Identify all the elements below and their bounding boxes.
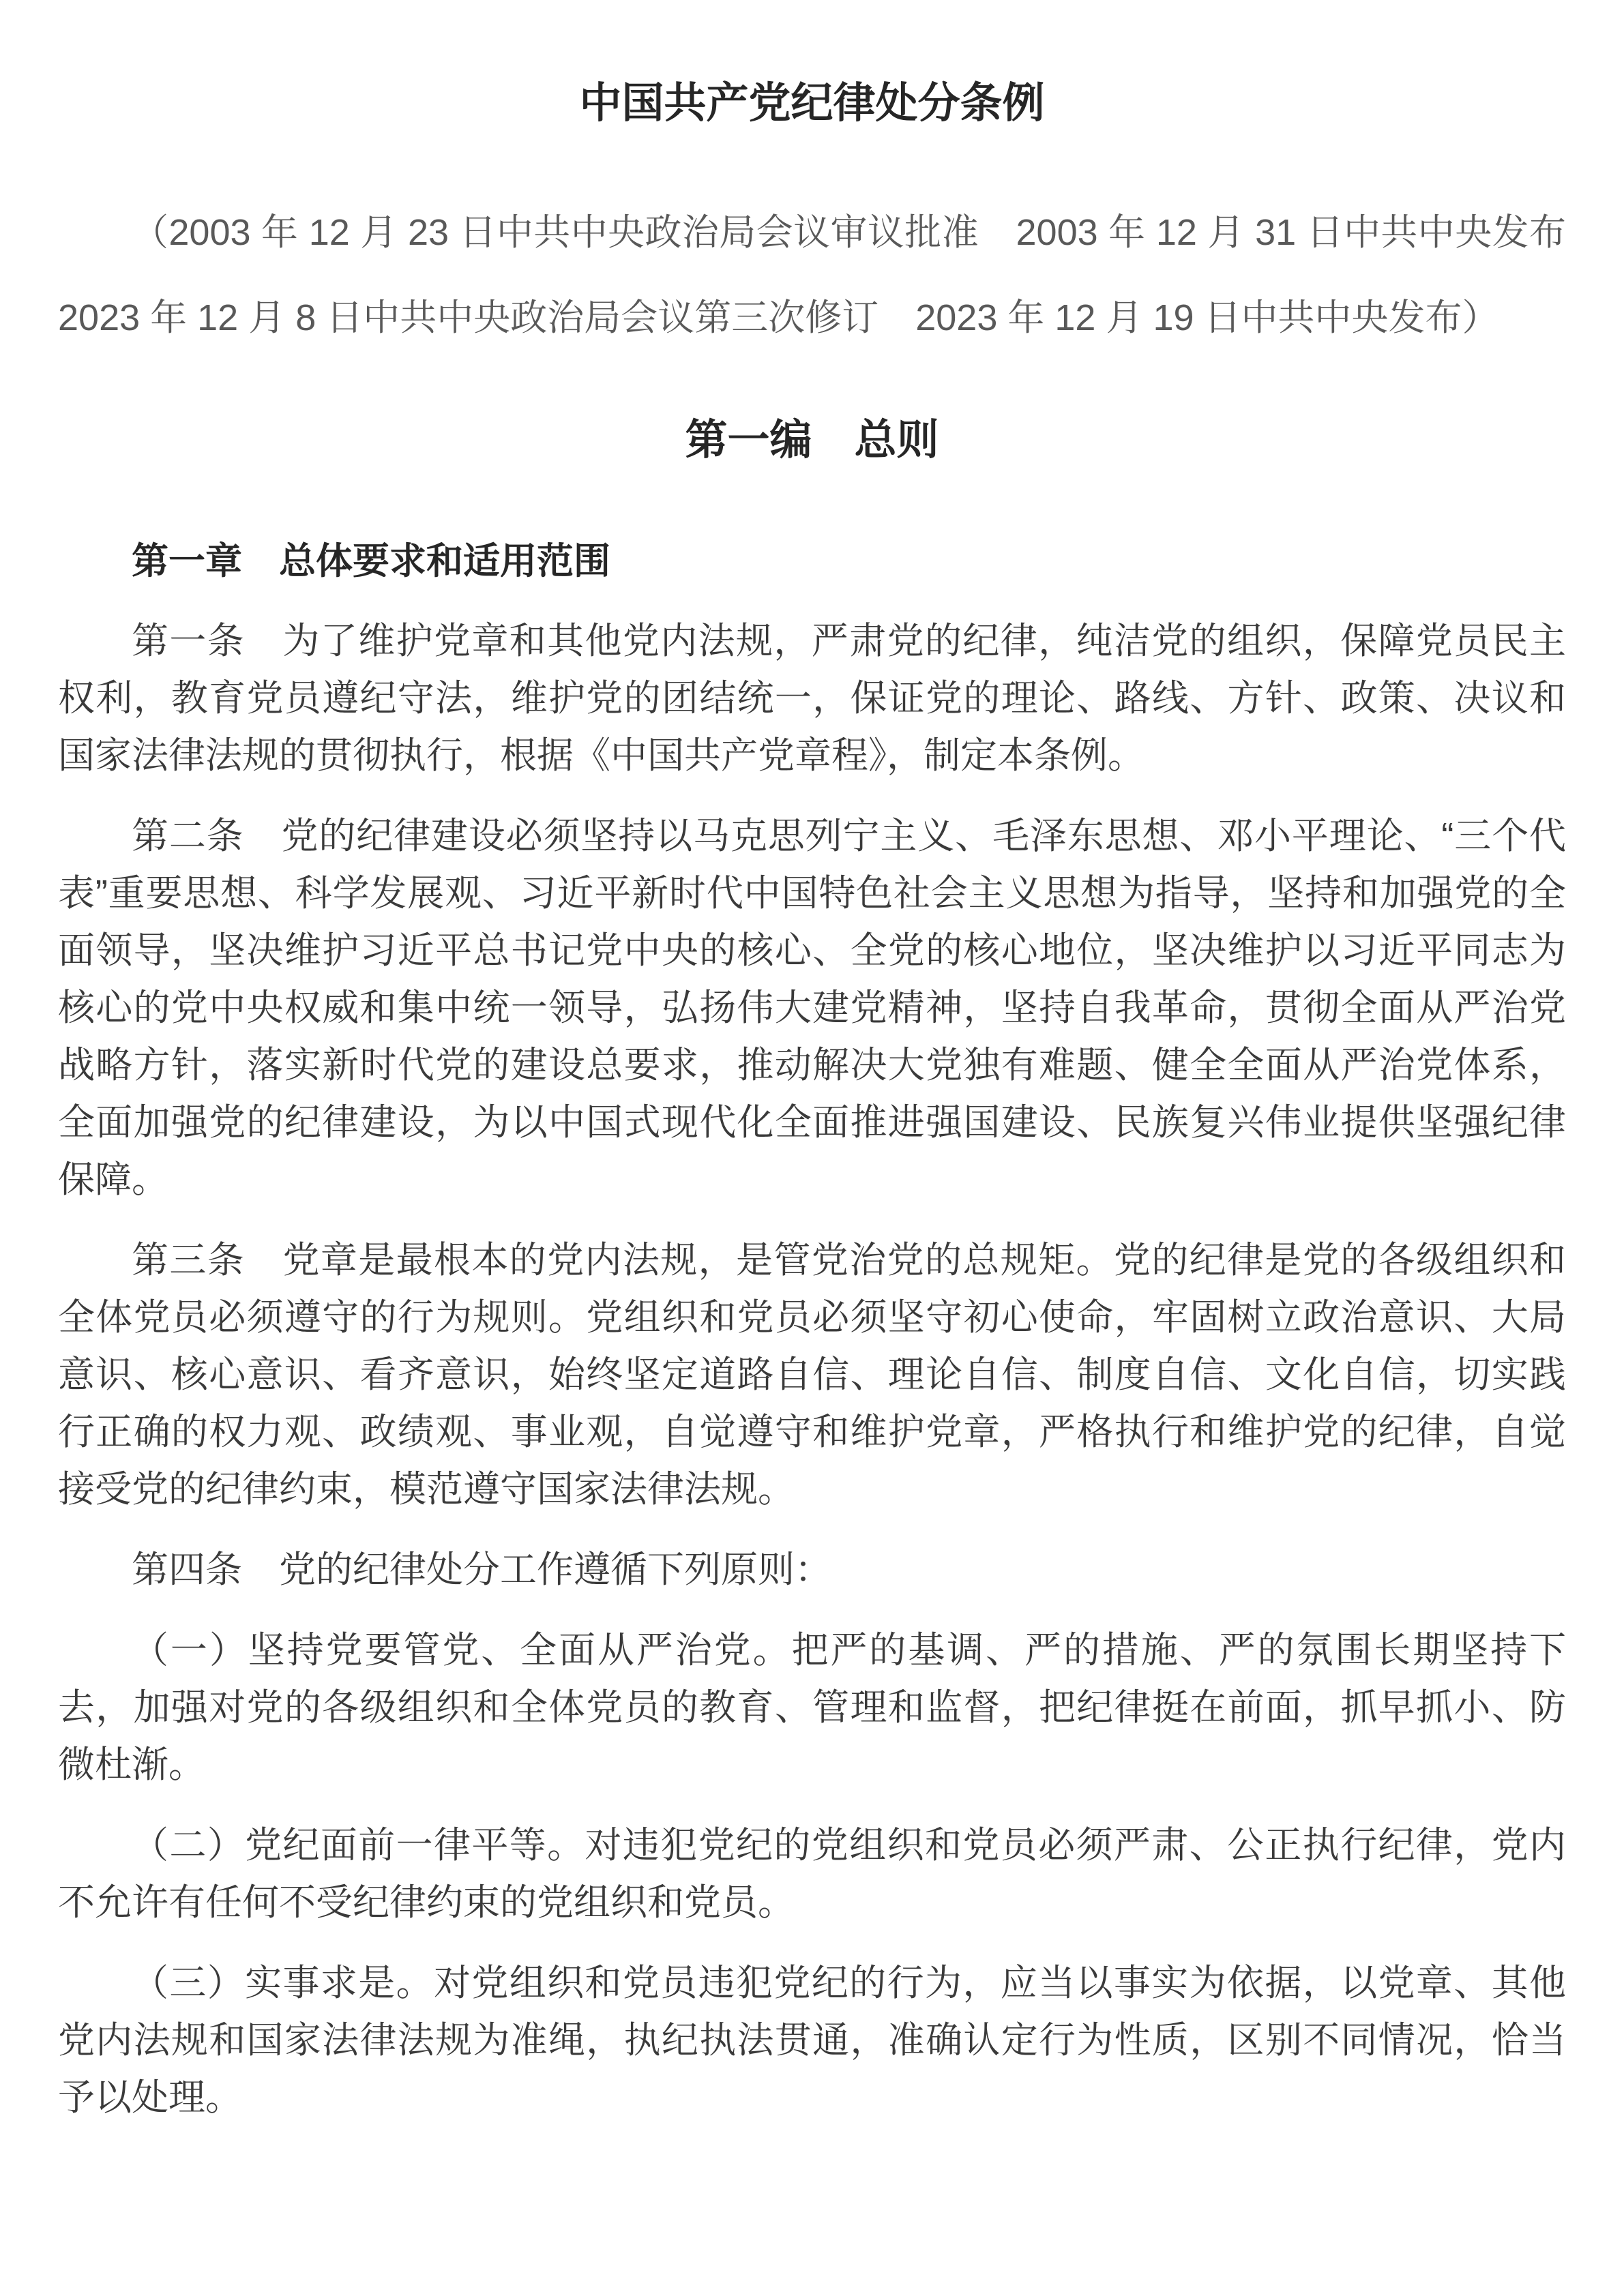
article-1-paragraph: 第一条 为了维护党章和其他党内法规，严肃党的纪律，纯洁党的组织，保障党员民主权利… <box>58 612 1566 784</box>
principle-2-paragraph: （二）党纪面前一律平等。对违犯党纪的党组织和党员必须严肃、公正执行纪律，党内不允… <box>58 1817 1566 1931</box>
chapter-heading: 第一章 总体要求和适用范围 <box>58 537 1566 585</box>
principle-1-paragraph: （一）坚持党要管党、全面从严治党。把严的基调、严的措施、严的氛围长期坚持下去，加… <box>58 1622 1566 1793</box>
document-page: 中国共产党纪律处分条例 （2003 年 12 月 23 日中共中央政治局会议审议… <box>0 0 1624 2296</box>
article-2-paragraph: 第二条 党的纪律建设必须坚持以马克思列宁主义、毛泽东思想、邓小平理论、“三个代表… <box>58 807 1566 1208</box>
document-title: 中国共产党纪律处分条例 <box>58 78 1566 129</box>
revision-dates-note: （2003 年 12 月 23 日中共中央政治局会议审议批准 2003 年 12… <box>58 190 1566 361</box>
part-heading: 第一编 总则 <box>58 415 1566 466</box>
article-3-paragraph: 第三条 党章是最根本的党内法规，是管党治党的总规矩。党的纪律是党的各级组织和全体… <box>58 1232 1566 1518</box>
principle-3-paragraph: （三）实事求是。对党组织和党员违犯党纪的行为，应当以事实为依据，以党章、其他党内… <box>58 1954 1566 2126</box>
article-4-paragraph: 第四条 党的纪律处分工作遵循下列原则： <box>58 1541 1566 1598</box>
